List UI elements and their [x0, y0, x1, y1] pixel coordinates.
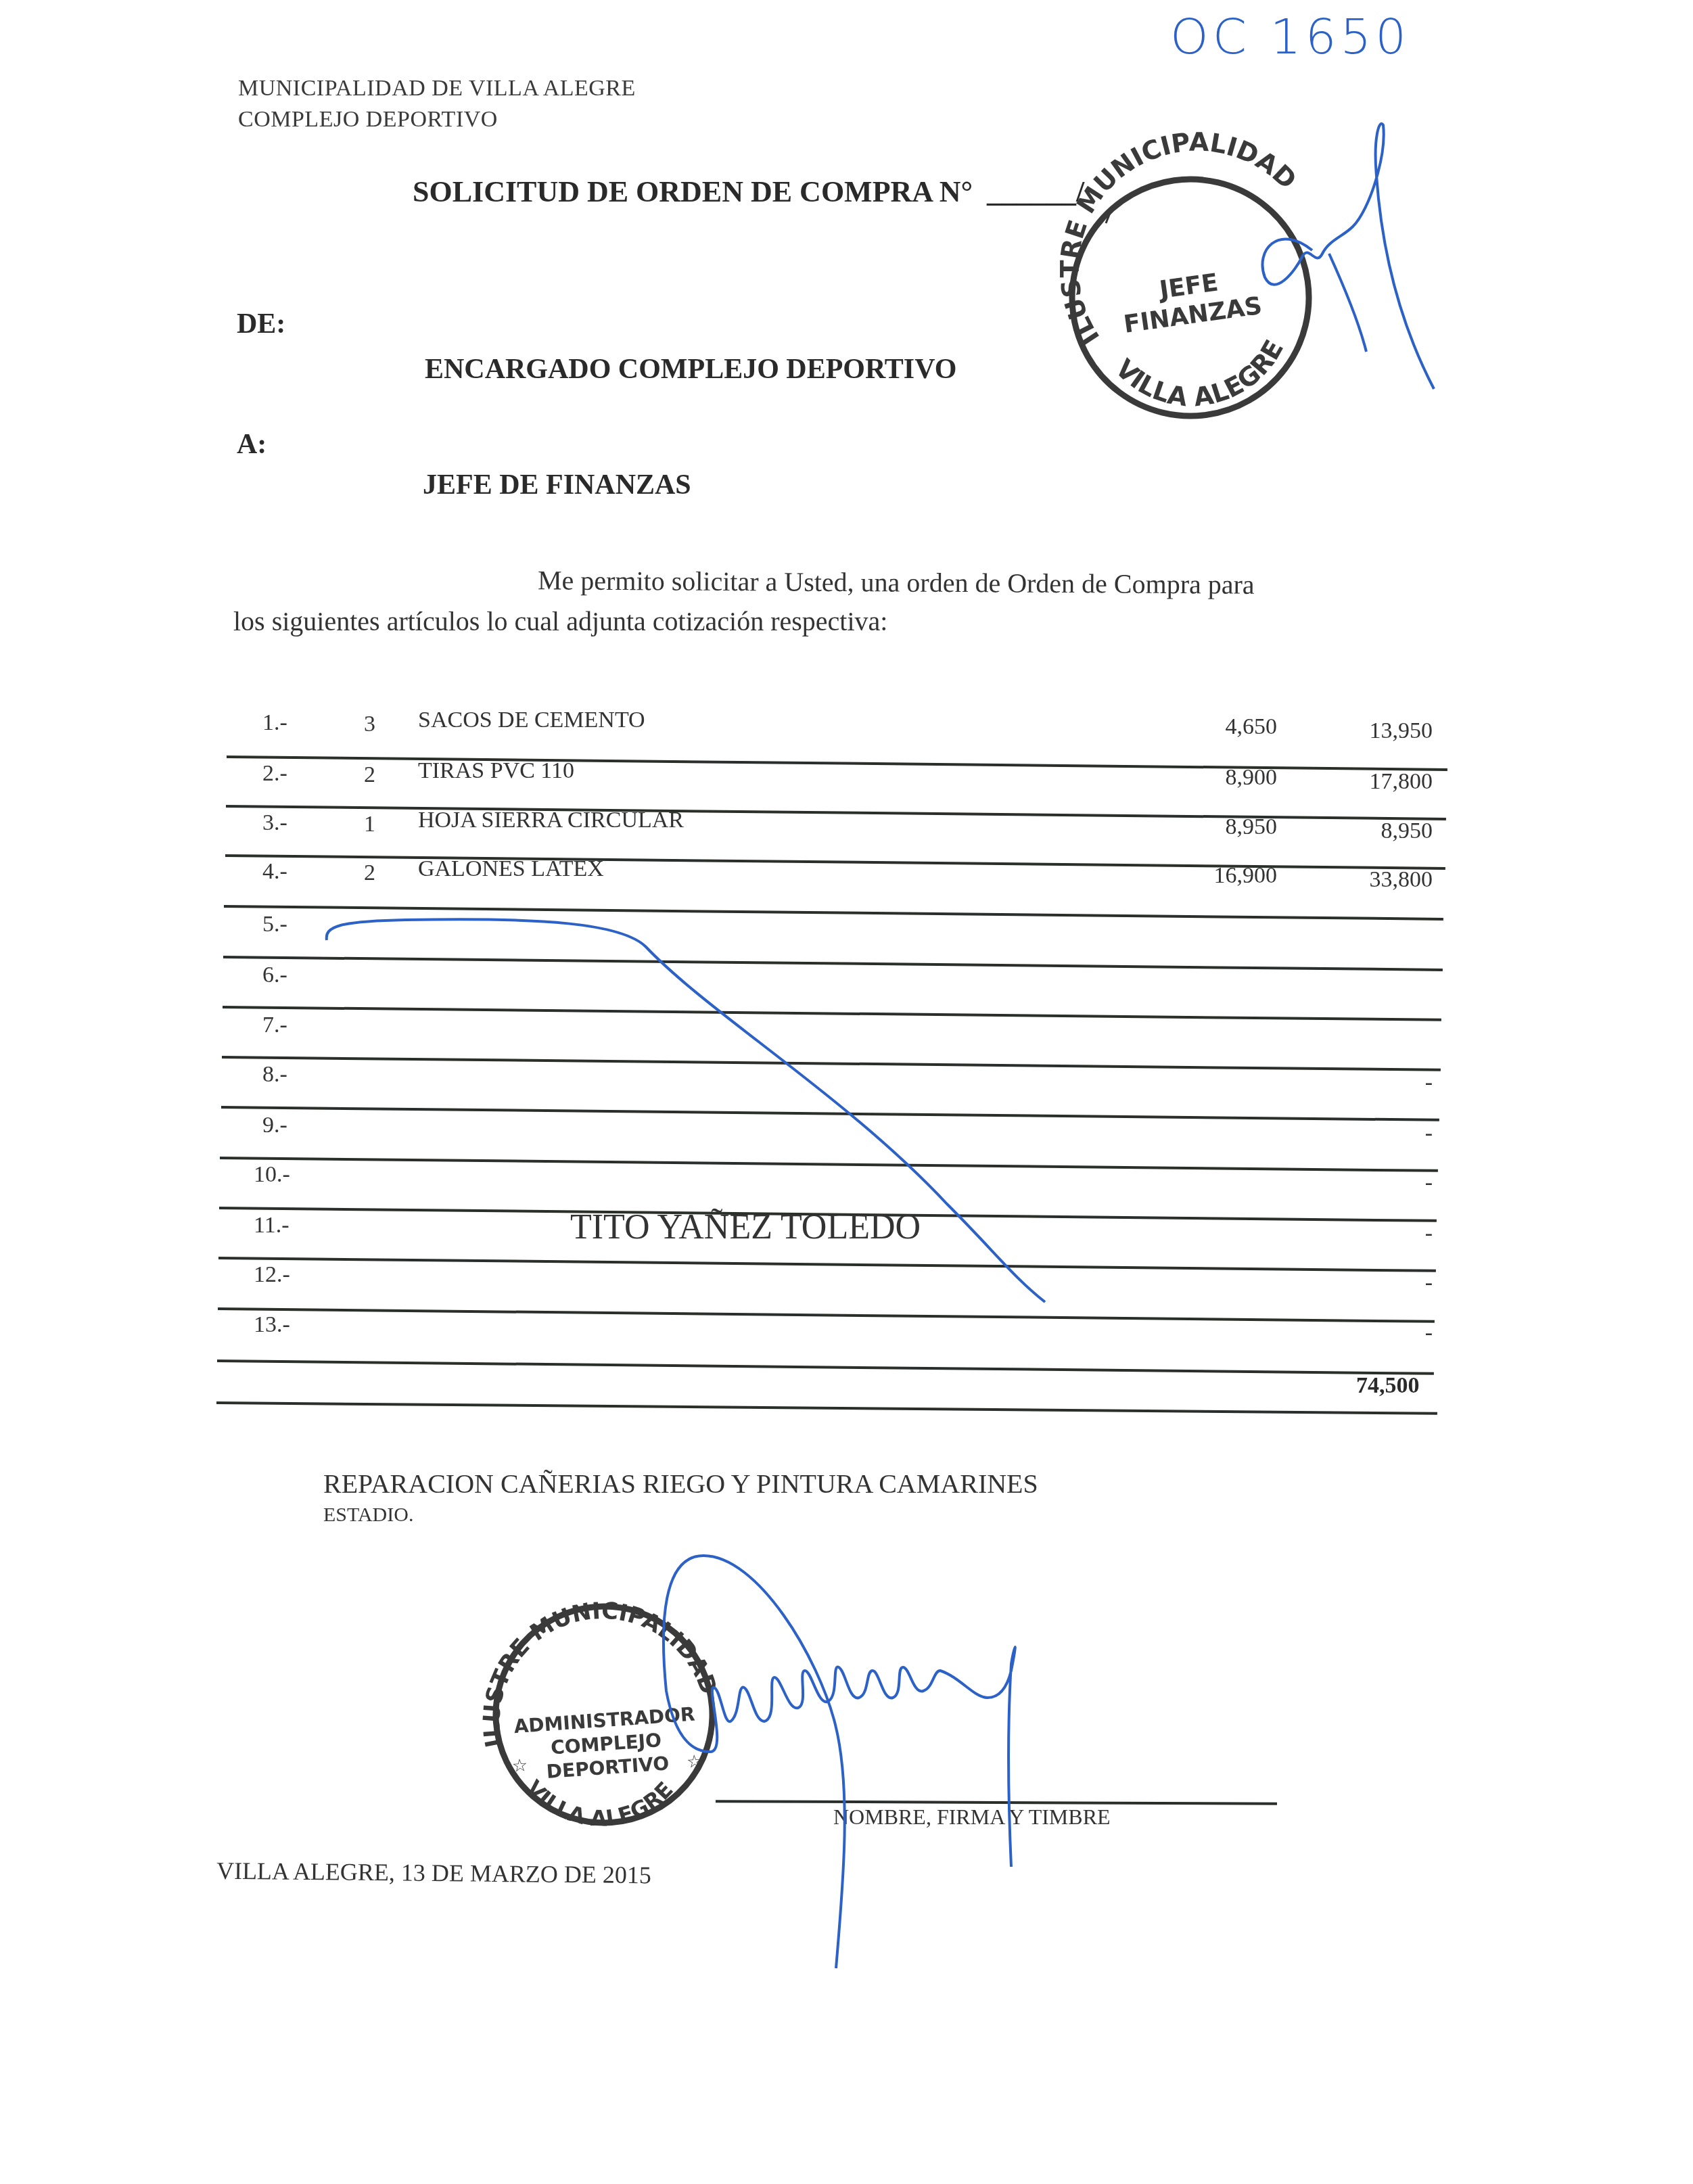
row-divider	[222, 1056, 1441, 1071]
row-quantity: 2	[364, 762, 375, 788]
admin-stamp-ring-bottom: VILLA ALEGRE	[519, 1765, 680, 1837]
row-number: 4.-	[262, 859, 287, 885]
row-divider	[223, 956, 1443, 971]
row-number: 7.-	[262, 1013, 287, 1038]
row-total: 17,800	[1370, 769, 1433, 795]
svg-text:VILLA ALEGRE: VILLA ALEGRE	[519, 1765, 680, 1837]
signature-label: NOMBRE, FIRMA Y TIMBRE	[833, 1805, 1111, 1830]
row-number: 1.-	[262, 710, 287, 736]
row-description: SACOS DE CEMENTO	[418, 707, 645, 733]
place-date: VILLA ALEGRE, 13 DE MARZO DE 2015	[216, 1857, 651, 1890]
row-unit-price: 16,900	[1214, 863, 1278, 889]
row-divider	[218, 1307, 1435, 1323]
row-quantity: 2	[364, 860, 375, 886]
row-number: 13.-	[254, 1312, 290, 1338]
row-quantity: 3	[364, 712, 375, 737]
row-total: -	[1425, 1221, 1433, 1247]
row-description: HOJA SIERRA CIRCULAR	[418, 808, 684, 833]
row-unit-price: 8,900	[1226, 765, 1278, 791]
row-unit-price: 8,950	[1226, 814, 1278, 840]
row-number: 12.-	[254, 1262, 290, 1288]
row-divider	[223, 1006, 1441, 1021]
admin-signature	[664, 1556, 1015, 1968]
row-number: 9.-	[262, 1113, 287, 1138]
admin-stamp: ILUSTRE MUNICIPALIDAD VILLA ALEGRE ADMIN…	[470, 1589, 732, 1840]
row-total: -	[1425, 1320, 1433, 1346]
row-quantity: 1	[364, 812, 375, 837]
purpose-line1: REPARACION CAÑERIAS RIEGO Y PINTURA CAMA…	[323, 1468, 1038, 1500]
row-total: -	[1425, 1270, 1433, 1296]
signer-name: TITO YAÑEZ TOLEDO	[570, 1207, 921, 1247]
row-unit-price: 4,650	[1226, 714, 1278, 740]
row-total: -	[1425, 1070, 1433, 1096]
row-number: 6.-	[262, 962, 287, 988]
row-divider	[220, 1157, 1438, 1172]
row-total: 13,950	[1370, 718, 1433, 744]
row-number: 8.-	[262, 1062, 287, 1088]
admin-stamp-center-1: ADMINISTRADOR	[513, 1703, 696, 1738]
row-total: -	[1425, 1121, 1433, 1146]
row-divider	[221, 1106, 1439, 1121]
row-description: GALONES LATEX	[418, 856, 604, 882]
row-number: 11.-	[254, 1213, 289, 1238]
admin-stamp-ring-top: ILUSTRE MUNICIPALIDAD	[470, 1589, 725, 1750]
grand-total: 74,500	[1356, 1373, 1420, 1399]
row-divider	[218, 1257, 1436, 1272]
row-number: 3.-	[262, 810, 287, 836]
row-divider	[224, 905, 1443, 921]
admin-stamp-center-2: COMPLEJO	[550, 1729, 662, 1759]
row-number: 5.-	[262, 912, 287, 937]
svg-text:☆: ☆	[511, 1755, 528, 1777]
purpose-line2: ESTADIO.	[323, 1504, 413, 1527]
admin-stamp-center-3: DEPORTIVO	[546, 1752, 670, 1784]
row-divider	[217, 1360, 1434, 1375]
row-total: 33,800	[1370, 867, 1433, 893]
row-description: TIRAS PVC 110	[418, 758, 574, 784]
row-number: 10.-	[254, 1162, 290, 1188]
row-number: 2.-	[262, 761, 287, 787]
row-total: -	[1425, 1170, 1433, 1196]
total-divider	[216, 1401, 1437, 1415]
svg-text:☆: ☆	[686, 1751, 703, 1773]
svg-text:ILUSTRE MUNICIPALIDAD: ILUSTRE MUNICIPALIDAD	[470, 1589, 725, 1750]
row-total: 8,950	[1381, 818, 1433, 844]
